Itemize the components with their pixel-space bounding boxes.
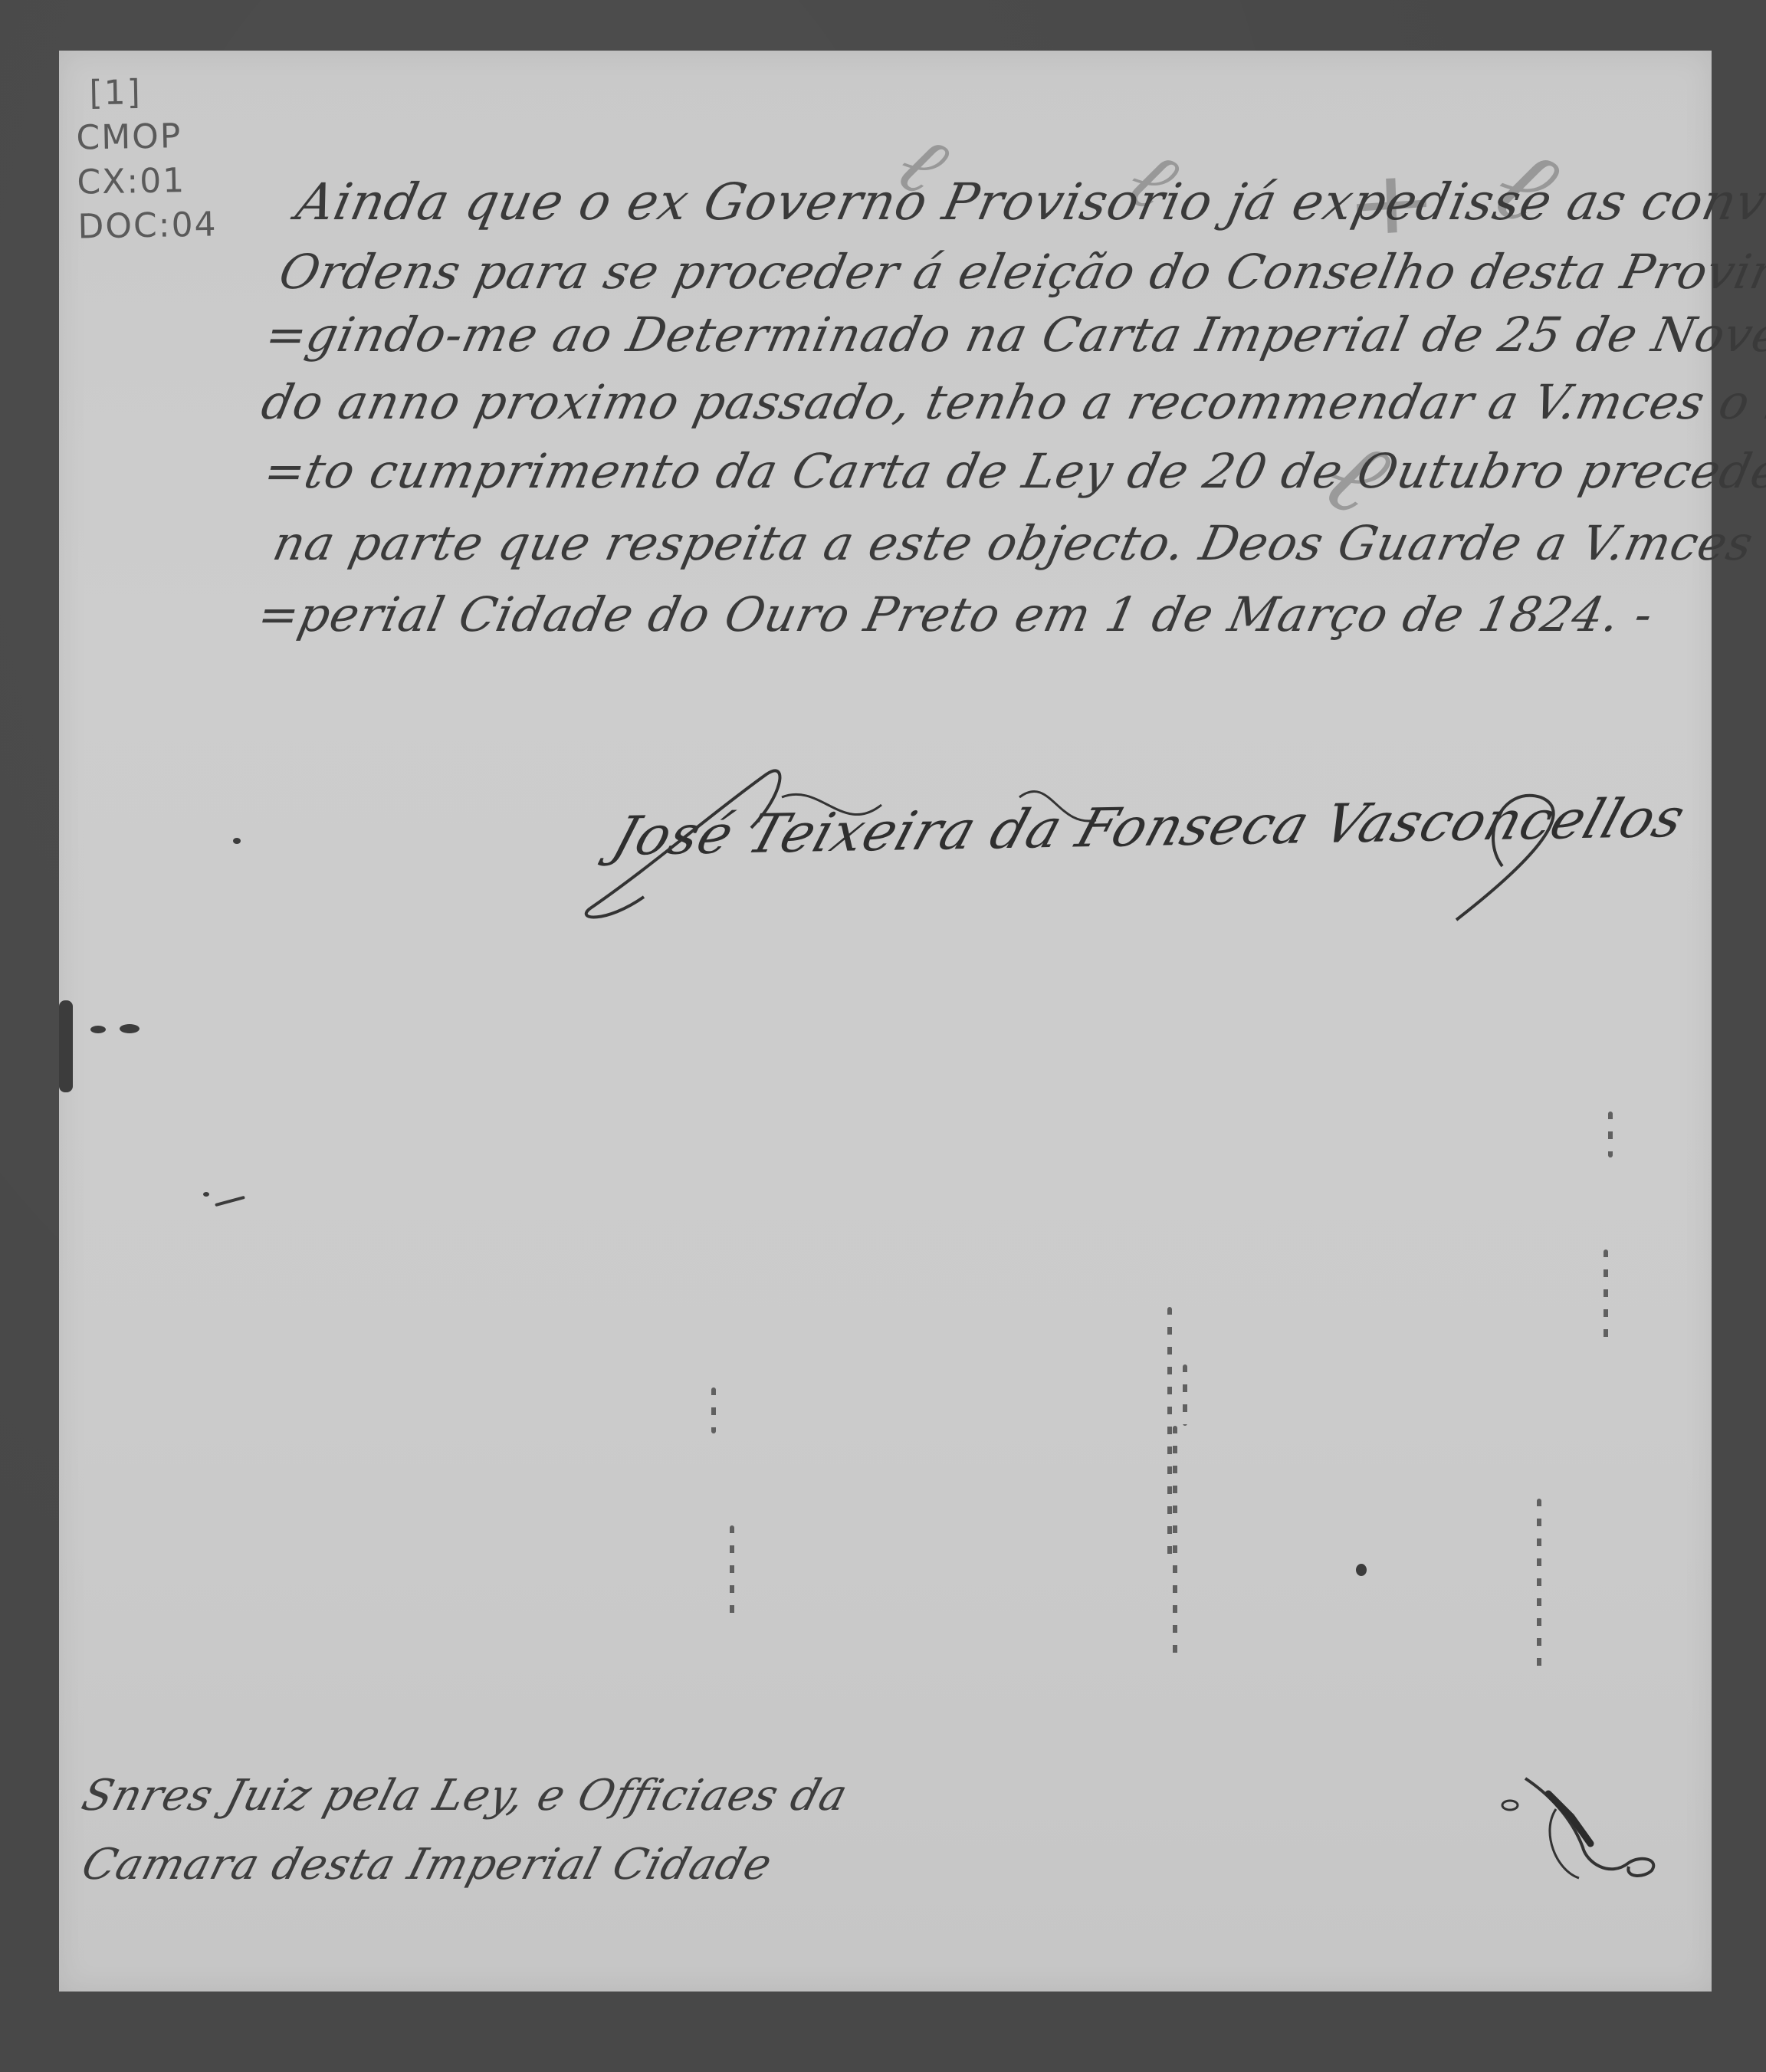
archive-collection: CMOP [76, 113, 216, 160]
signature-flourish [560, 751, 1571, 951]
ink-speck [233, 838, 241, 844]
fold-mark [1604, 1249, 1608, 1341]
addressee-line-1: Snres Juiz pela Ley, e Officiaes da [77, 1771, 853, 1821]
fold-mark [1167, 1307, 1172, 1560]
addressee-line-2: Camara desta Imperial Cidade [77, 1840, 777, 1890]
fold-mark [1183, 1364, 1187, 1426]
ink-speck [120, 1024, 140, 1033]
fold-mark [1537, 1499, 1541, 1671]
letter-line-6: na parte que respeita a este objecto. De… [268, 515, 1766, 571]
edge-stain [59, 1000, 73, 1092]
archive-document: DOC:04 [77, 202, 218, 249]
archive-box: CX:01 [77, 158, 217, 205]
letter-line-3: =gindo-me ao Determinado na Carta Imperi… [261, 307, 1766, 363]
rubric-mark-icon [1495, 1771, 1679, 1893]
archive-item-number: [1] [75, 69, 215, 116]
fold-mark [730, 1525, 734, 1617]
ink-speck [90, 1026, 106, 1033]
archive-reference: [1] CMOP CX:01 DOC:04 [75, 69, 218, 249]
ink-speck [1356, 1564, 1367, 1576]
letter-line-2: Ordens para se proceder á eleição do Con… [274, 244, 1766, 300]
fold-mark [1173, 1426, 1177, 1656]
letter-line-1: Ainda que o ex Governo Provisorio já exp… [291, 172, 1766, 231]
letter-line-4: do anno proximo passado, tenho a recomme… [257, 374, 1766, 430]
fold-mark [711, 1387, 716, 1433]
ink-speck [203, 1192, 209, 1197]
letter-line-5: =to cumprimento da Carta de Ley de 20 de… [259, 443, 1766, 499]
fold-mark [1608, 1112, 1613, 1157]
letter-line-7: =perial Cidade do Ouro Preto em 1 de Mar… [253, 586, 1659, 642]
